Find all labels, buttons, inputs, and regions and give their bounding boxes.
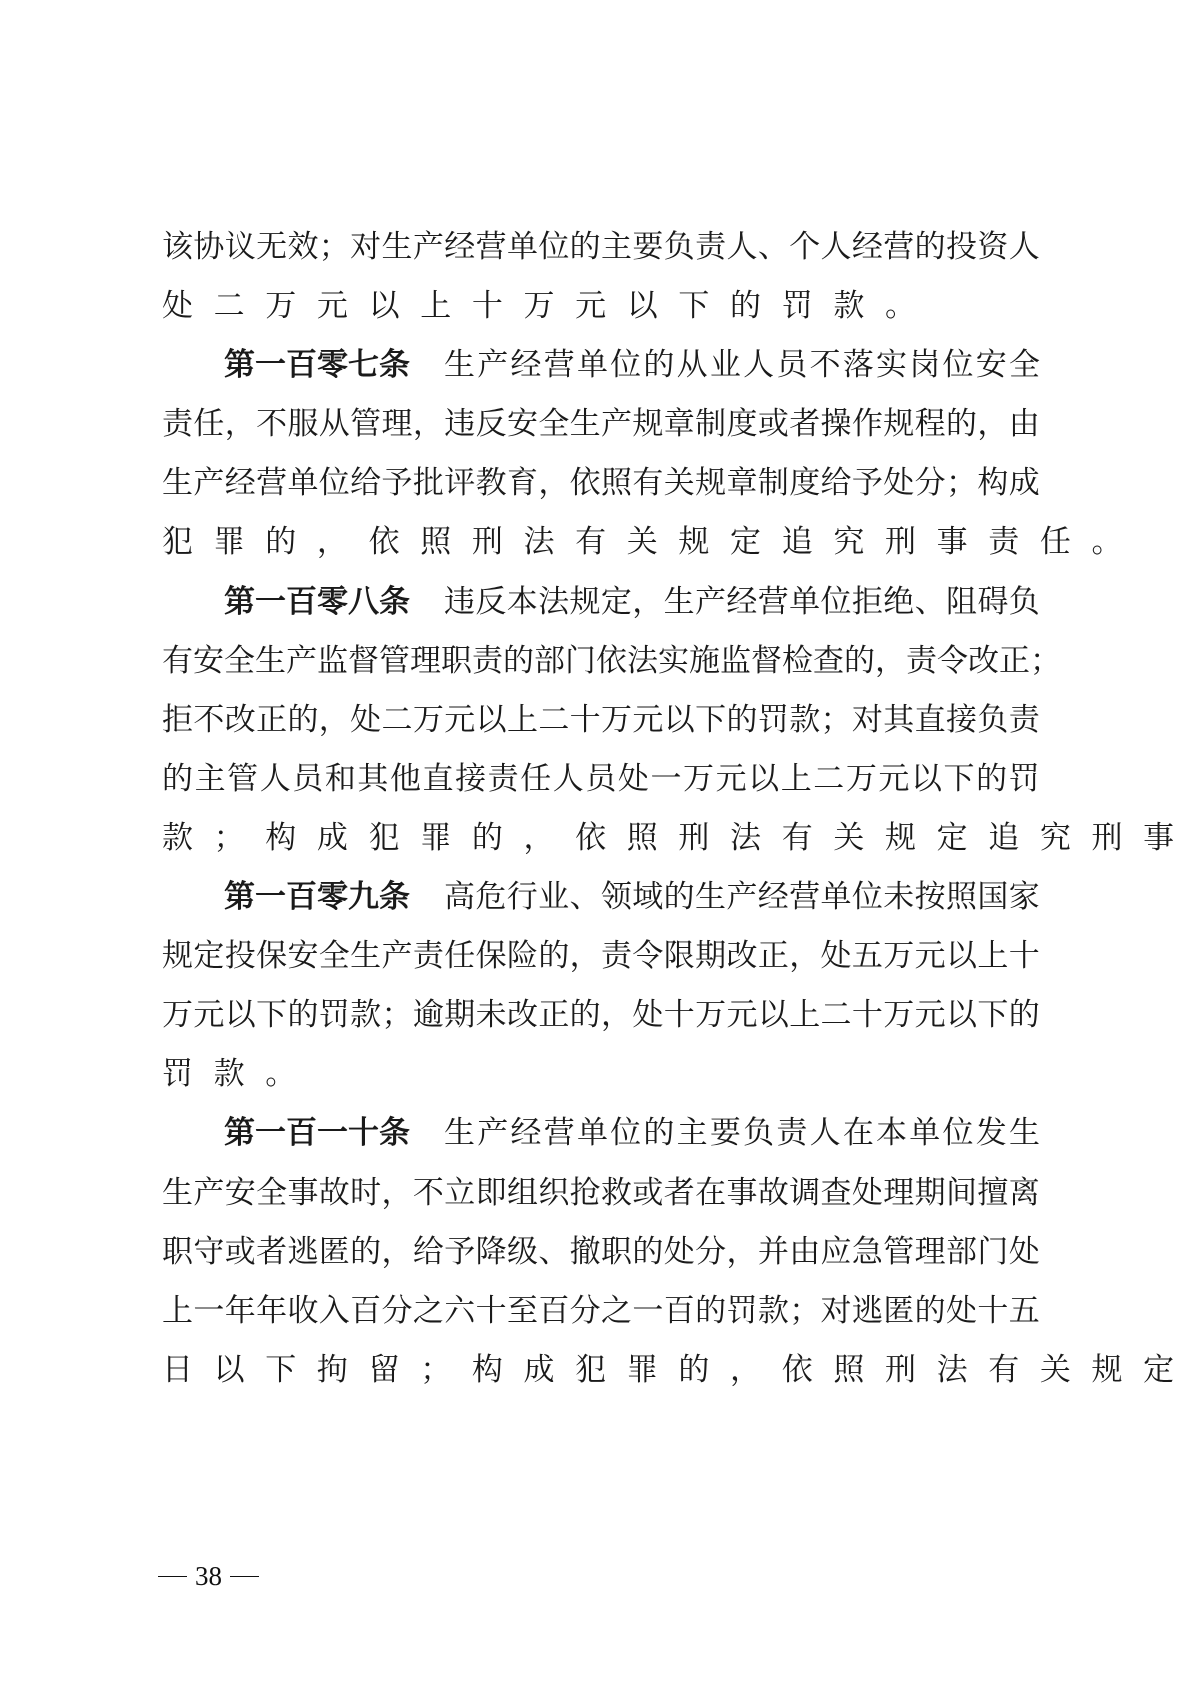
page-number: 38 (158, 1561, 259, 1592)
text-line-body: 职守或者逃匿的，给予降级、撤职的处分，并由应急管理部门处 (162, 1223, 1040, 1282)
text-line-body: 生产经营单位的从业人员不落实岗位安全 (444, 336, 1040, 395)
text-line: 上一年年收入百分之六十至百分之一百的罚款；对逃匿的处十五 (162, 1282, 1040, 1341)
text-line-content: 犯罪的，依照刑法有关规定追究刑事责任。 (162, 513, 1040, 572)
text-line-body: 万元以下的罚款；逾期未改正的，处十万元以上二十万元以下的 (162, 986, 1040, 1045)
heading-gap (410, 868, 444, 927)
page-number-value: 38 (195, 1561, 222, 1592)
document-page: 该协议无效；对生产经营单位的主要负责人、个人经营的投资人处二万元以上十万元以下的… (0, 0, 1191, 1684)
text-line-body: 该协议无效；对生产经营单位的主要负责人、个人经营的投资人 (162, 218, 1040, 277)
text-line: 款；构成犯罪的，依照刑法有关规定追究刑事责任。 (162, 809, 1040, 868)
paragraph-indent (162, 336, 224, 395)
text-line-content: 的主管人员和其他直接责任人员处一万元以上二万元以下的罚 (162, 750, 1040, 809)
text-line-content: 万元以下的罚款；逾期未改正的，处十万元以上二十万元以下的 (162, 986, 1040, 1045)
text-line: 生产经营单位给予批评教育，依照有关规章制度给予处分；构成 (162, 454, 1040, 513)
text-line-content: 罚款。 (162, 1045, 1040, 1104)
text-line-body: 的主管人员和其他直接责任人员处一万元以上二万元以下的罚 (162, 750, 1040, 809)
article-heading: 第一百零八条 (224, 573, 410, 632)
text-line-content: 上一年年收入百分之六十至百分之一百的罚款；对逃匿的处十五 (162, 1282, 1040, 1341)
article-heading: 第一百零九条 (224, 868, 410, 927)
paragraph-indent (162, 573, 224, 632)
text-line: 责任，不服从管理，违反安全生产规章制度或者操作规程的，由 (162, 395, 1040, 454)
article-heading: 第一百一十条 (224, 1104, 410, 1163)
text-line-body: 有安全生产监督管理职责的部门依法实施监督检查的，责令改正； (162, 632, 1061, 691)
text-line: 处二万元以上十万元以下的罚款。 (162, 277, 1040, 336)
article-heading: 第一百零七条 (224, 336, 410, 395)
heading-gap (410, 336, 444, 395)
page-number-dash-right (230, 1576, 259, 1578)
text-line-body: 生产经营单位的主要负责人在本单位发生 (444, 1104, 1040, 1163)
text-line-body: 犯罪的，依照刑法有关规定追究刑事责任。 (162, 513, 1143, 572)
text-line-content: 第一百零九条高危行业、领域的生产经营单位未按照国家 (162, 868, 1040, 927)
text-line: 的主管人员和其他直接责任人员处一万元以上二万元以下的罚 (162, 750, 1040, 809)
text-line: 日以下拘留；构成犯罪的，依照刑法有关规定追究刑事责任。 (162, 1341, 1040, 1400)
text-line-content: 该协议无效；对生产经营单位的主要负责人、个人经营的投资人 (162, 218, 1040, 277)
text-line-body: 规定投保安全生产责任保险的，责令限期改正，处五万元以上十 (162, 927, 1040, 986)
text-line: 该协议无效；对生产经营单位的主要负责人、个人经营的投资人 (162, 218, 1040, 277)
article-first-line: 第一百零九条高危行业、领域的生产经营单位未按照国家 (162, 868, 1040, 927)
text-line-body: 罚款。 (162, 1045, 317, 1104)
text-line-content: 处二万元以上十万元以下的罚款。 (162, 277, 1040, 336)
text-line: 职守或者逃匿的，给予降级、撤职的处分，并由应急管理部门处 (162, 1223, 1040, 1282)
article-first-line: 第一百零八条违反本法规定，生产经营单位拒绝、阻碍负 (162, 573, 1040, 632)
article-first-line: 第一百一十条生产经营单位的主要负责人在本单位发生 (162, 1104, 1040, 1163)
text-line-content: 生产安全事故时，不立即组织抢救或者在事故调查处理期间擅离 (162, 1164, 1040, 1223)
text-line: 有安全生产监督管理职责的部门依法实施监督检查的，责令改正； (162, 632, 1040, 691)
text-line-body: 拒不改正的，处二万元以上二十万元以下的罚款；对其直接负责 (162, 691, 1040, 750)
text-line-content: 款；构成犯罪的，依照刑法有关规定追究刑事责任。 (162, 809, 1040, 868)
paragraph-indent (162, 868, 224, 927)
text-line-body: 违反本法规定，生产经营单位拒绝、阻碍负 (444, 573, 1040, 632)
article-first-line: 第一百零七条生产经营单位的从业人员不落实岗位安全 (162, 336, 1040, 395)
heading-gap (410, 1104, 444, 1163)
text-line-content: 职守或者逃匿的，给予降级、撤职的处分，并由应急管理部门处 (162, 1223, 1040, 1282)
text-line: 规定投保安全生产责任保险的，责令限期改正，处五万元以上十 (162, 927, 1040, 986)
text-line: 拒不改正的，处二万元以上二十万元以下的罚款；对其直接负责 (162, 691, 1040, 750)
text-line-body: 责任，不服从管理，违反安全生产规章制度或者操作规程的，由 (162, 395, 1040, 454)
text-line-content: 日以下拘留；构成犯罪的，依照刑法有关规定追究刑事责任。 (162, 1341, 1040, 1400)
text-line-content: 拒不改正的，处二万元以上二十万元以下的罚款；对其直接负责 (162, 691, 1040, 750)
body-text: 该协议无效；对生产经营单位的主要负责人、个人经营的投资人处二万元以上十万元以下的… (162, 218, 1040, 1400)
heading-gap (410, 573, 444, 632)
text-line-body: 生产安全事故时，不立即组织抢救或者在事故调查处理期间擅离 (162, 1164, 1040, 1223)
text-line-body: 生产经营单位给予批评教育，依照有关规章制度给予处分；构成 (162, 454, 1040, 513)
text-line-content: 规定投保安全生产责任保险的，责令限期改正，处五万元以上十 (162, 927, 1040, 986)
text-line-body: 款；构成犯罪的，依照刑法有关规定追究刑事责任。 (162, 809, 1191, 868)
text-line-content: 生产经营单位给予批评教育，依照有关规章制度给予处分；构成 (162, 454, 1040, 513)
page-number-dash-left (158, 1576, 187, 1578)
text-line-content: 有安全生产监督管理职责的部门依法实施监督检查的，责令改正； (162, 632, 1040, 691)
text-line: 犯罪的，依照刑法有关规定追究刑事责任。 (162, 513, 1040, 572)
text-line: 罚款。 (162, 1045, 1040, 1104)
text-line-content: 第一百零七条生产经营单位的从业人员不落实岗位安全 (162, 336, 1040, 395)
text-line-content: 第一百一十条生产经营单位的主要负责人在本单位发生 (162, 1104, 1040, 1163)
text-line-content: 责任，不服从管理，违反安全生产规章制度或者操作规程的，由 (162, 395, 1040, 454)
text-line: 生产安全事故时，不立即组织抢救或者在事故调查处理期间擅离 (162, 1164, 1040, 1223)
text-line-body: 日以下拘留；构成犯罪的，依照刑法有关规定追究刑事责任。 (162, 1341, 1191, 1400)
text-line-body: 处二万元以上十万元以下的罚款。 (162, 277, 937, 336)
text-line-body: 高危行业、领域的生产经营单位未按照国家 (444, 868, 1040, 927)
text-line-content: 第一百零八条违反本法规定，生产经营单位拒绝、阻碍负 (162, 573, 1040, 632)
text-line: 万元以下的罚款；逾期未改正的，处十万元以上二十万元以下的 (162, 986, 1040, 1045)
text-line-body: 上一年年收入百分之六十至百分之一百的罚款；对逃匿的处十五 (162, 1282, 1040, 1341)
paragraph-indent (162, 1104, 224, 1163)
